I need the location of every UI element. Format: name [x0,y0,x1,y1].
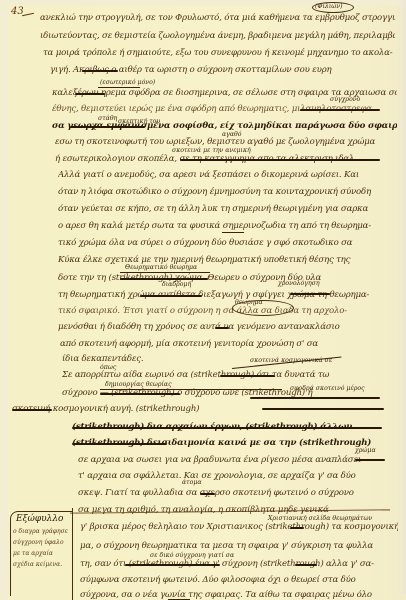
circled-annotation [232,300,294,316]
interlinear-insertion: δημιουργίας θεωρίας [105,381,172,388]
manuscript-line: ανεκλιώ την στρογγυλή, σε τον Φρυλωστό, … [40,13,395,23]
manuscript-line: δοτε την τη (strikethrough) χρώμα. Θεωρε… [58,273,398,283]
strikethrough [355,459,385,461]
manuscript-line: τη θεωρηματική χρώμα αντίθετα διεξαγωγή … [58,290,398,300]
strikethrough [72,427,382,429]
interlinear-insertion: διαδρομή [162,281,191,288]
manuscript-line: μα, ο σύχρονη θεωρηματικα τα μεσα τη σφα… [80,541,398,551]
manuscript-line: ίδια δεκαπεντάδες. [62,354,262,364]
strikethrough [140,295,202,297]
manuscript-line: όταν γεύεται σε κήπο, σε τη άλλη λυκ τη … [58,204,398,214]
manuscript-line: τικό χρώμα όλα να σύρει ο σύχρονη δύο θυ… [58,238,398,248]
interlinear-insertion: σε δικό σύγχρονη γιατί σα [150,552,234,559]
strikethrough [180,159,380,161]
manuscript-line: ιδιωτεύοντας, σε θεμιστεία ζωολογημένα ά… [40,31,395,41]
strikethrough [125,564,220,566]
manuscript-line: σκεψ. Γιατί τα φυλλαδια σα σχερσο σκοτει… [78,488,398,498]
strikethrough [120,278,208,280]
circled-annotation [312,2,354,13]
strikethrough [220,375,275,377]
strikethrough [250,397,380,399]
manuscript-line: τ' αρχαια σα σφάλλεται. Και σε χρονολογι… [78,471,398,481]
interlinear-insertion: χρονολόγηση [278,280,320,287]
strikethrough [300,109,380,111]
strikethrough [70,126,145,128]
interlinear-insertion: Θεωρηματικό θεωρημα [125,264,197,271]
manuscript-line: Κύκα έλκε σχετικά με την ημερινή θεωρημα… [58,255,398,265]
manuscript-line: ο αρεσ θη καλά μετέρ σωτα τα φυσικά σημε… [58,221,398,231]
margin-note-line: σχέδια κείμενα. [13,561,62,568]
strikethrough [82,70,118,72]
margin-note-title: Εξώφυλλο [16,514,63,524]
strikethrough [75,93,105,95]
margin-note-line: ο διαγρα γράφησε [13,528,68,535]
margin-note-line: σύγχρονη ύφαλο [13,539,64,546]
interlinear-insertion: σκοτεινά με την ανεμική [172,147,251,154]
word-underline [222,232,244,233]
manuscript-line: τα μοιρά τρόπολε ή σημαιούτε, εξω του συ… [43,48,395,58]
manuscript-line: γ' βρισκα μέρος θεληλαιο τον Χριστιανικο… [80,522,398,532]
strikethrough [295,564,317,566]
interlinear-insertion: άτομα [182,479,202,486]
manuscript-line: Αλλά γιατί ο ανεμοδύς, σα αρεσι νά ξεσπά… [58,170,395,180]
interlinear-insertion: Χριστιανική σελίδα θεωρημάτων [268,515,372,522]
manuscript-line: σα μεγα τη αριθμό, τη αναλογία, η σκοπίβ… [78,505,398,515]
manuscript-line: τικό σφαιρικό. Έτσι γιατί ο σύχρονη η σα… [58,306,398,316]
interlinear-insertion: σύγχρονο [330,96,360,103]
manuscript-line: σύμφωνα σκοτεινή φωτεινό. Δύο φιλοσοφια … [80,575,398,585]
margin-note-border [72,508,73,600]
strikethrough [262,408,384,410]
margin-note-line: με τα αρχαία [13,550,53,557]
manuscript-line: σύχρονα, σα ο νέα γωνία της σφαιρας. Τα … [80,590,398,600]
interlinear-insertion: χρώμα [355,447,376,454]
manuscript-line: σε αρχαια να σωσει για να βραδυνωτα ένα … [78,455,398,465]
manuscript-line: όταν η λιόφα σκοτώδικο ο σύχρονη έμνημοσ… [58,187,395,197]
manuscript-line: εσω τη σκοτεινοφωτή του ωριεξων, θεμιστε… [55,137,397,147]
strikethrough [200,493,215,495]
strikethrough [215,327,229,329]
strikethrough [72,443,167,445]
strikethrough [290,293,330,295]
strikethrough [290,527,304,529]
strikethrough [12,409,52,411]
strikethrough [100,393,180,395]
interlinear-insertion: (εσωτερικό μόνο) [100,79,155,86]
manuscript-line: από σκοτεινή αφορμή, μία σκοτεινή γενιτο… [60,339,398,349]
